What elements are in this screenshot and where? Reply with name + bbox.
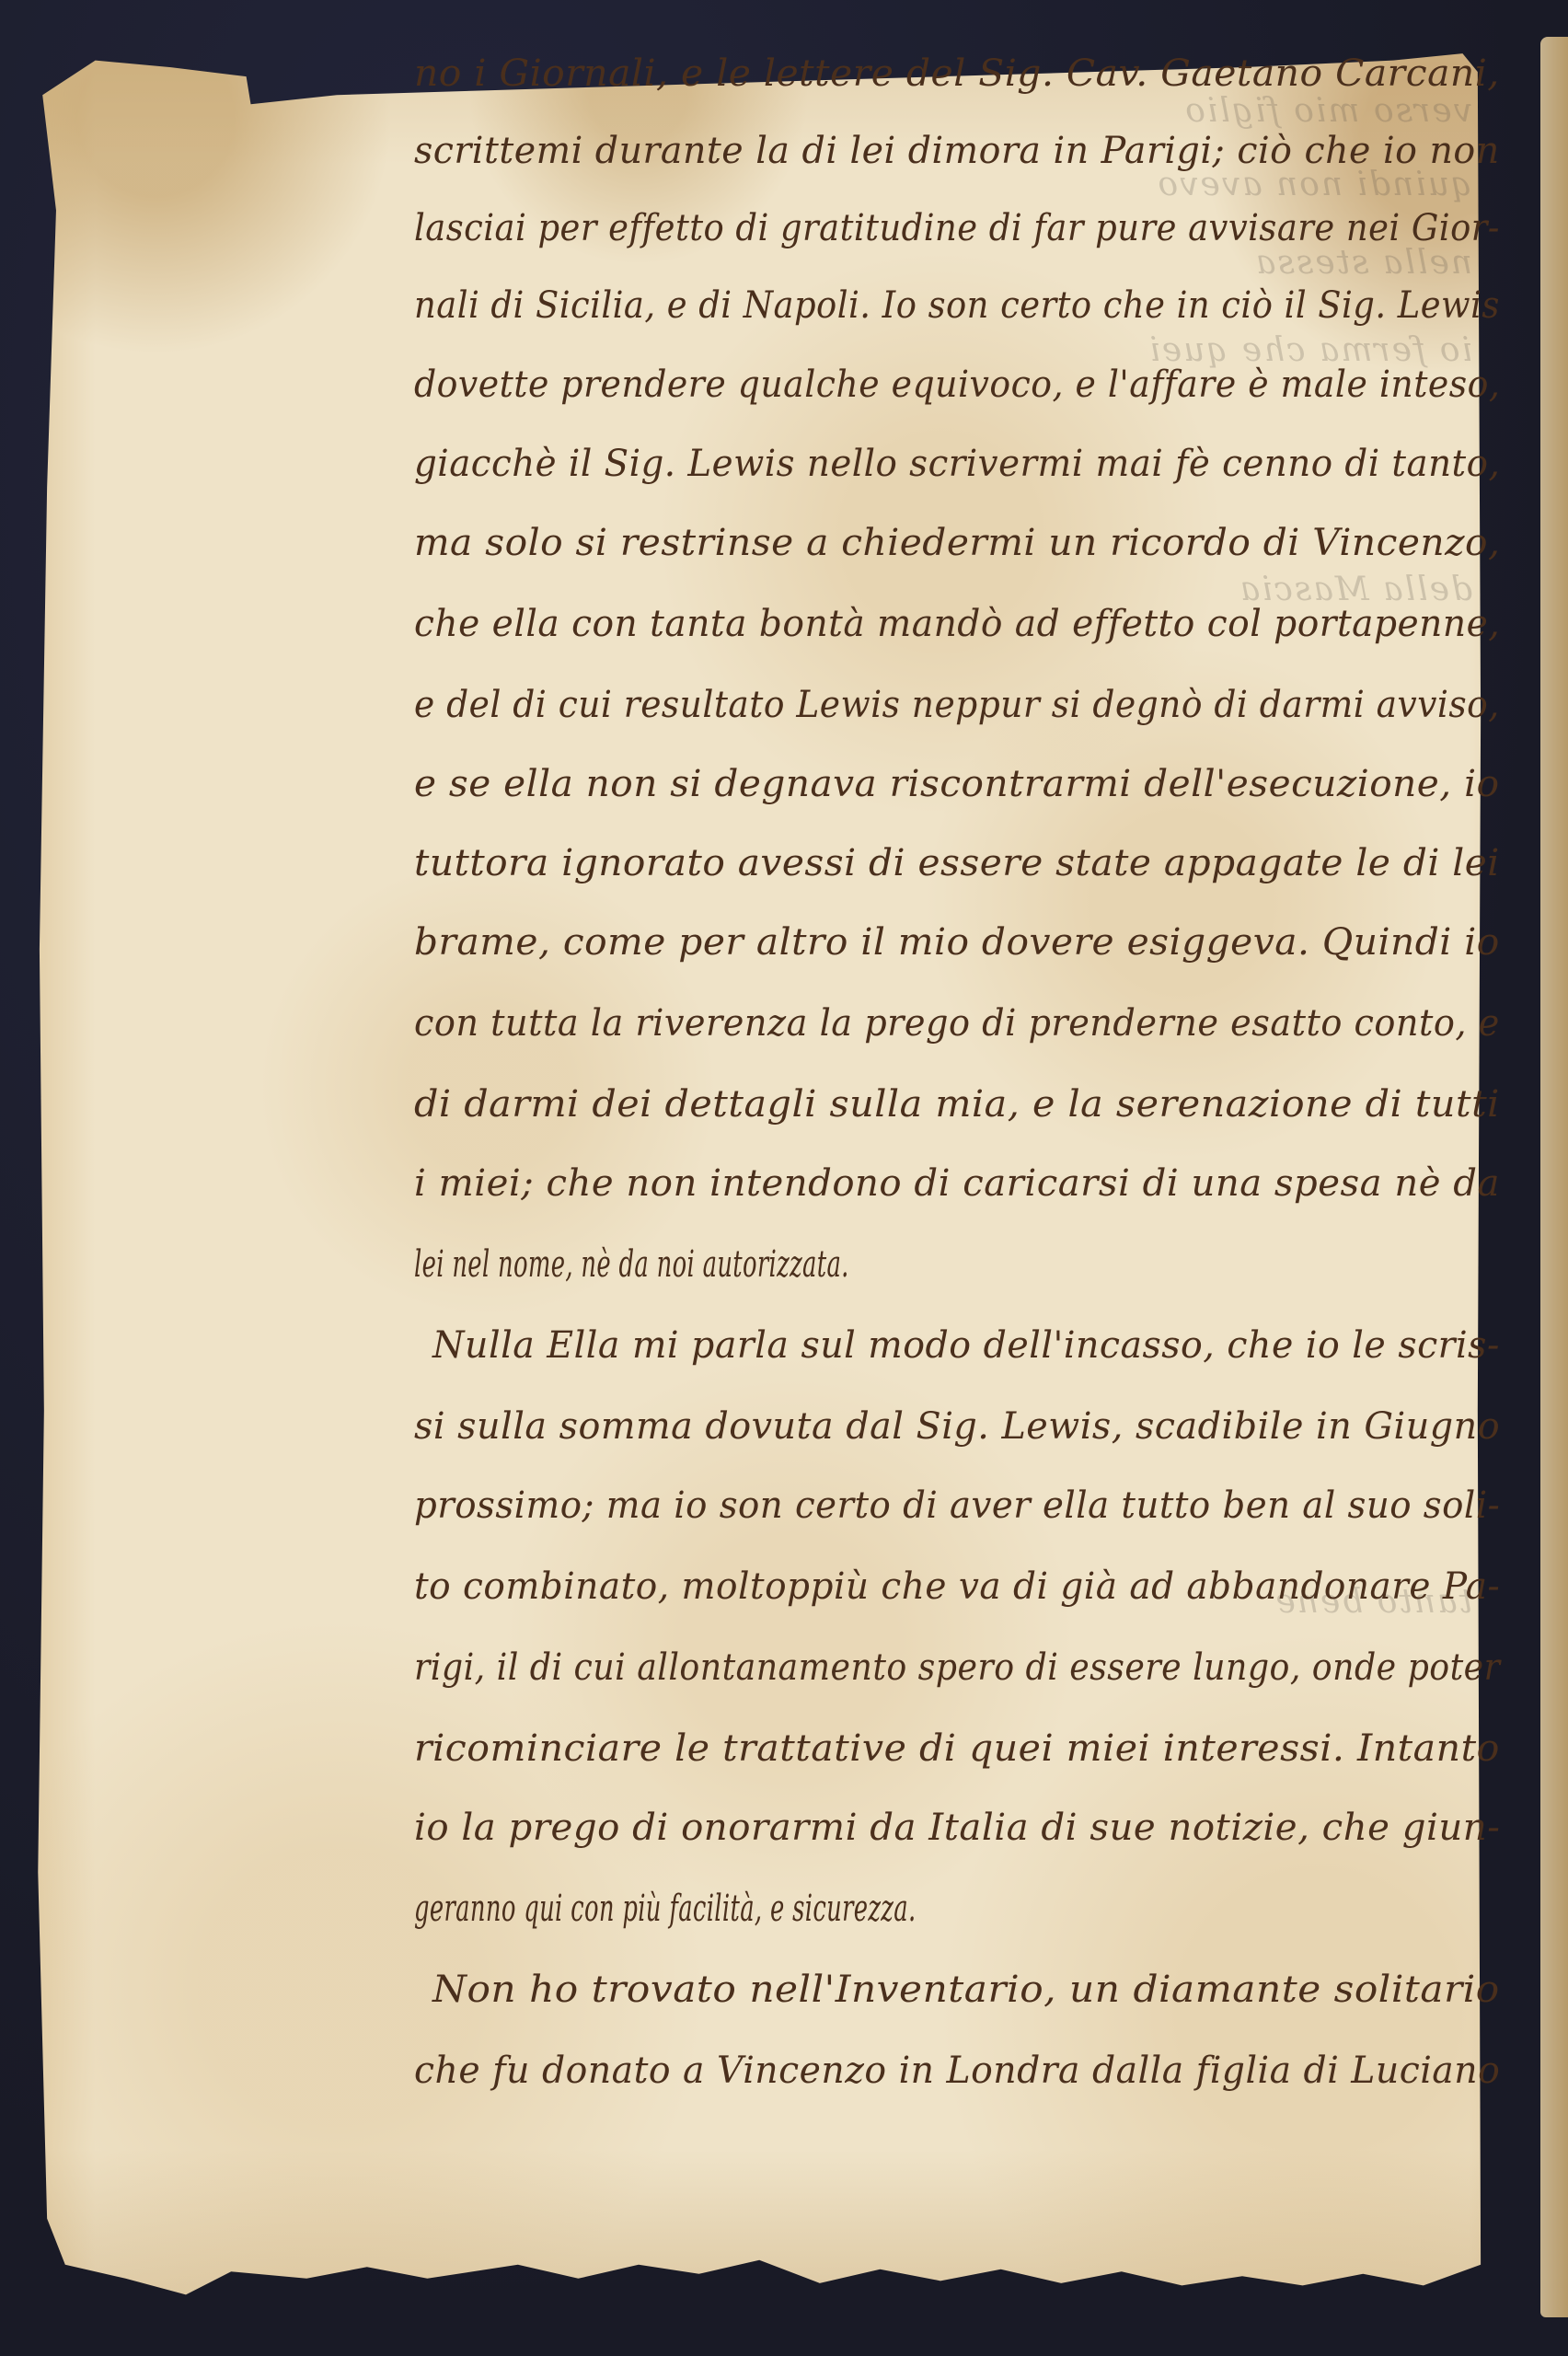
text-line: che fu donato a Vincenzo in Londra dalla… (414, 2052, 1500, 2089)
text-line: ricominciare le trattative di quei miei … (414, 1730, 1500, 1767)
text-line: lei nel nome, nè da noi autorizzata. (414, 1246, 849, 1283)
text-line: ma solo si restrinse a chiedermi un rico… (414, 525, 1500, 561)
text-line: giacchè il Sig. Lewis nello scrivermi ma… (414, 445, 1500, 482)
text-line: geranno qui con più facilità, e sicurezz… (414, 1890, 917, 1927)
text-line: di darmi dei dettagli sulla mia, e la se… (414, 1086, 1500, 1123)
text-line: to combinato, moltoppiù che va di già ad… (414, 1568, 1500, 1605)
text-line: prossimo; ma io son certo di aver ella t… (414, 1487, 1500, 1524)
text-line: rigi, il di cui allontanamento spero di … (414, 1649, 1500, 1686)
paragraph-start-line: Non ho trovato nell'Inventario, un diama… (432, 1971, 1500, 2008)
text-line: tuttora ignorato avessi di essere state … (414, 845, 1500, 882)
text-line: con tutta la riverenza la prego di prend… (414, 1005, 1500, 1042)
paragraph-start-line: Nulla Ella mi parla sul modo dell'incass… (432, 1327, 1500, 1364)
text-line: io la prego di onorarmi da Italia di sue… (414, 1809, 1500, 1846)
text-line: scrittemi durante la di lei dimora in Pa… (414, 133, 1500, 169)
adjacent-page-edge (1540, 37, 1568, 2317)
text-line: e se ella non si degnava riscontrarmi de… (414, 766, 1499, 803)
text-line: dovette prendere qualche equivoco, e l'a… (414, 366, 1500, 403)
text-line: no i Giornali, e le lettere del Sig. Cav… (414, 55, 1500, 92)
text-line: i miei; che non intendono di caricarsi d… (414, 1165, 1500, 1202)
text-line: nali di Sicilia, e di Napoli. Io son cer… (414, 287, 1500, 324)
text-line: e del di cui resultato Lewis neppur si d… (414, 687, 1500, 723)
text-line: che ella con tanta bontà mandò ad effett… (414, 606, 1500, 642)
text-line: lasciai per effetto di gratitudine di fa… (414, 210, 1500, 247)
text-line: brame, come per altro il mio dovere esig… (414, 924, 1500, 961)
text-line: si sulla somma dovuta dal Sig. Lewis, sc… (414, 1408, 1500, 1445)
